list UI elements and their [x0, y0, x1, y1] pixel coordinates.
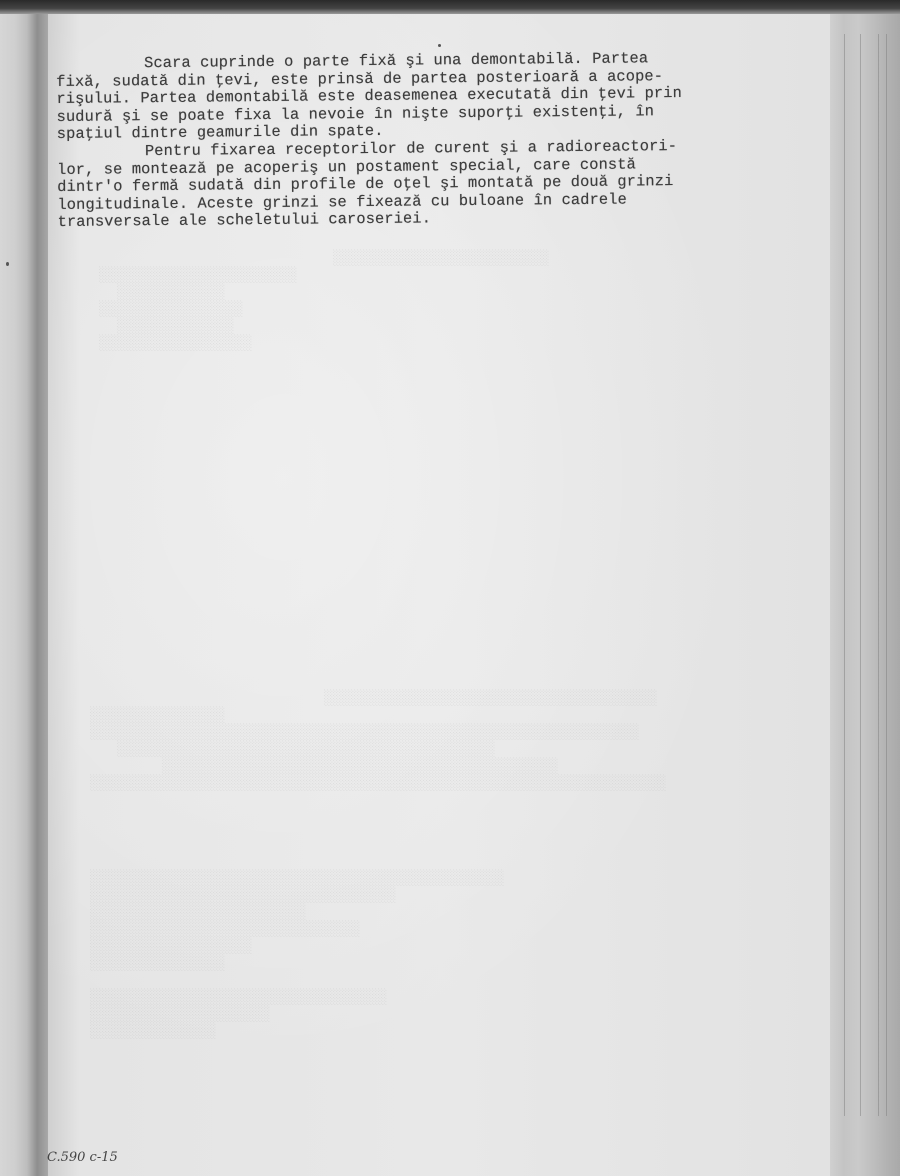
page-edge-line — [844, 34, 845, 1116]
archive-margin-note: C.590 c-15 — [47, 1150, 118, 1165]
page-edges — [830, 14, 900, 1176]
bleed-through-texture: ░░░░░░░░░░░░░░░░░░░░░░░░░░░░░░░░░░░░░░░░… — [90, 870, 504, 1040]
ink-speck — [6, 262, 9, 266]
paragraph-2: Pentru fixarea receptorilor de curent şi… — [57, 137, 798, 232]
typed-text: Scara cuprinde o parte fixă şi una demon… — [56, 49, 798, 232]
page-edge-line — [860, 34, 861, 1116]
ink-speck — [438, 44, 441, 47]
bleed-through-texture: ░░░░░░░░░░░░░░░░░░░░░░░░░░░░░░░░░░░░░ ░░… — [90, 690, 666, 792]
scan-top-shadow — [0, 0, 900, 14]
paragraph-1: Scara cuprinde o parte fixă şi una demon… — [56, 49, 797, 144]
page-edge-line — [878, 34, 879, 1116]
bleed-through-texture: ░░░░░░░░░░░░░░░░░░░░░░░░ ░░░░░░░░░░░░░░░… — [90, 250, 549, 352]
page-edge-line — [886, 34, 887, 1116]
